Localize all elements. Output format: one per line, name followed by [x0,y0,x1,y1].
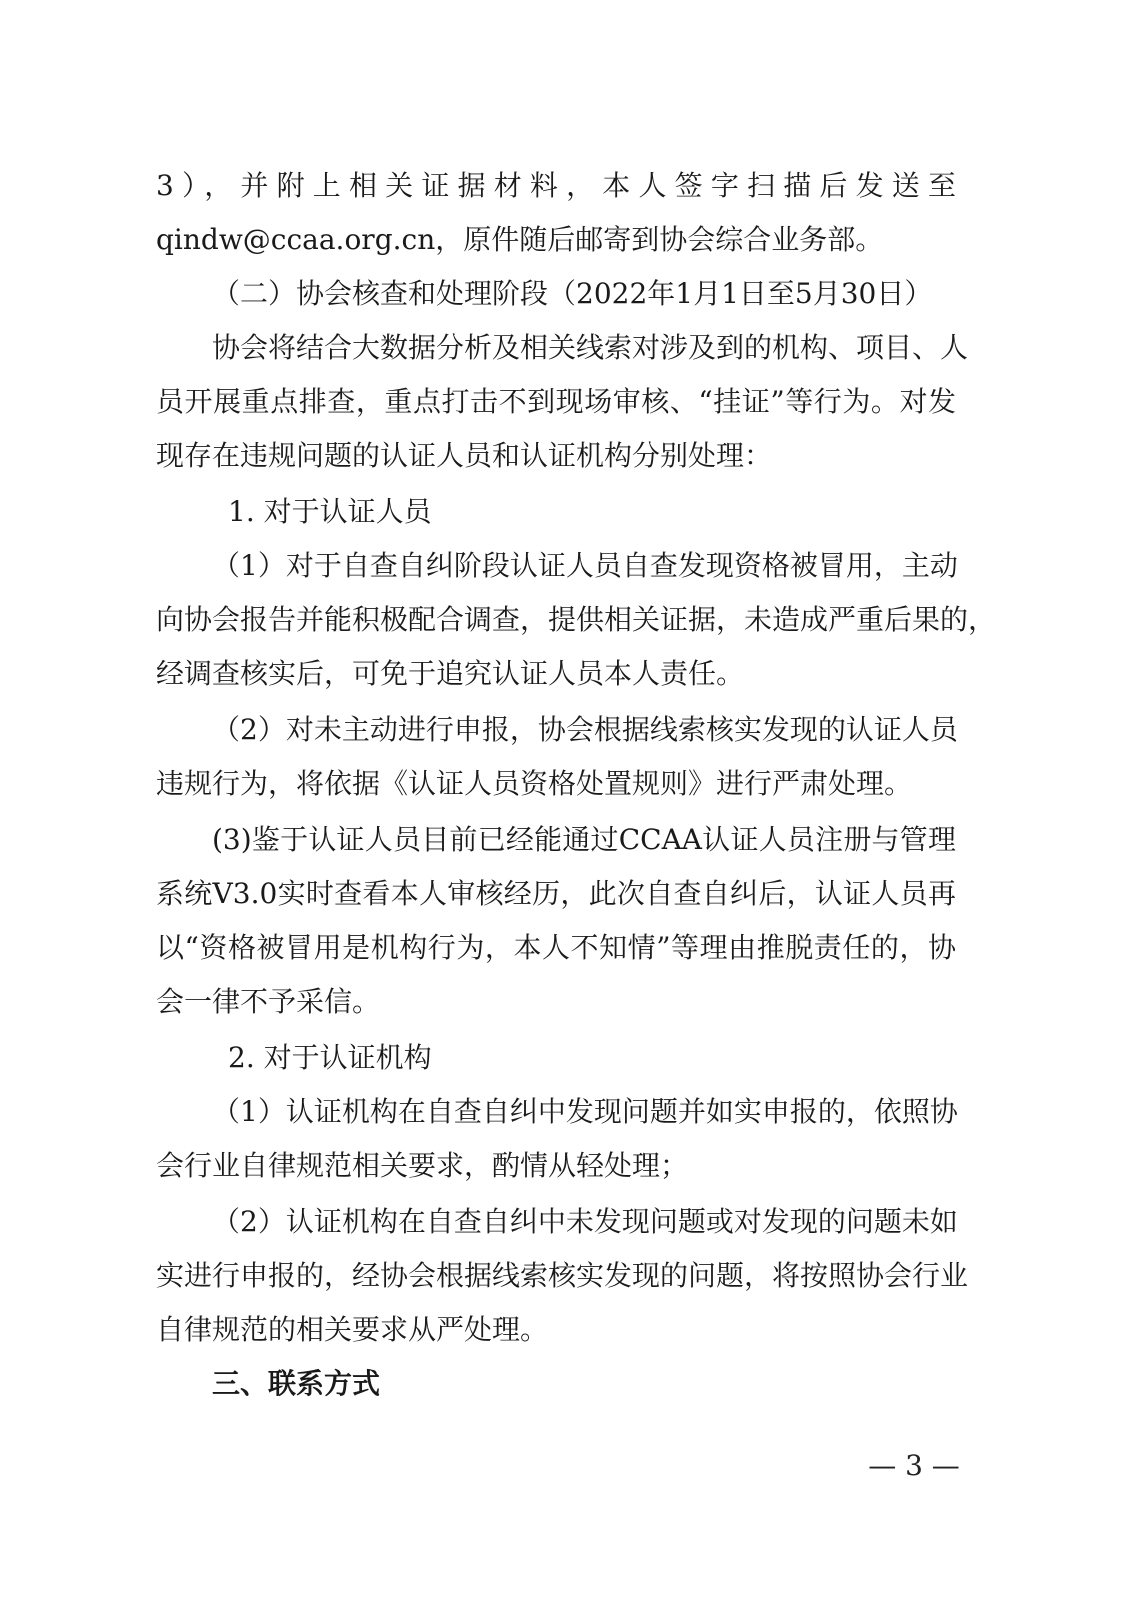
text-line: 以“资格被冒用是机构行为，本人不知情”等理由推脱责任的，协 [156,930,956,966]
text-line: （2）认证机构在自查自纠中未发现问题或对发现的问题未如 [212,1204,956,1240]
text-line: 现存在违规问题的认证人员和认证机构分别处理： [156,438,956,474]
text-line: qindw@ccaa.org.cn，原件随后邮寄到协会综合业务部。 [156,222,956,258]
text-line: （1）认证机构在自查自纠中发现问题并如实申报的，依照协 [212,1094,956,1130]
text-line: （2）对未主动进行申报，协会根据线索核实发现的认证人员 [212,712,956,748]
text-line: 会行业自律规范相关要求，酌情从轻处理； [156,1148,956,1184]
text-line: 自律规范的相关要求从严处理。 [156,1312,956,1348]
text-line: （1）对于自查自纠阶段认证人员自查发现资格被冒用，主动 [212,548,956,584]
text-line: 违规行为，将依据《认证人员资格处置规则》进行严肃处理。 [156,766,956,802]
text-line: （二）协会核查和处理阶段（2022年1月1日至5月30日） [212,276,956,312]
text-line: 经调查核实后，可免于追究认证人员本人责任。 [156,656,956,692]
page-number: — 3 — [864,1448,964,1484]
document-page: 3），并附上相关证据材料，本人签字扫描后发送至qindw@ccaa.org.cn… [0,0,1131,1600]
text-line: 员开展重点排查，重点打击不到现场审核、“挂证”等行为。对发 [156,384,956,420]
text-line: 向协会报告并能积极配合调查，提供相关证据，未造成严重后果的， [156,602,956,638]
section-heading-contact: 三、联系方式 [212,1366,1012,1402]
text-line: 系统V3.0实时查看本人审核经历，此次自查自纠后，认证人员再 [156,876,956,912]
text-line: 3），并附上相关证据材料，本人签字扫描后发送至 [156,168,956,204]
text-line: 实进行申报的，经协会根据线索核实发现的问题，将按照协会行业 [156,1258,956,1294]
text-line: 协会将结合大数据分析及相关线索对涉及到的机构、项目、人 [212,330,956,366]
text-line: 2. 对于认证机构 [228,1040,956,1076]
text-line: (3)鉴于认证人员目前已经能通过CCAA认证人员注册与管理 [212,822,956,858]
text-line: 会一律不予采信。 [156,984,956,1020]
text-line: 1. 对于认证人员 [228,494,956,530]
